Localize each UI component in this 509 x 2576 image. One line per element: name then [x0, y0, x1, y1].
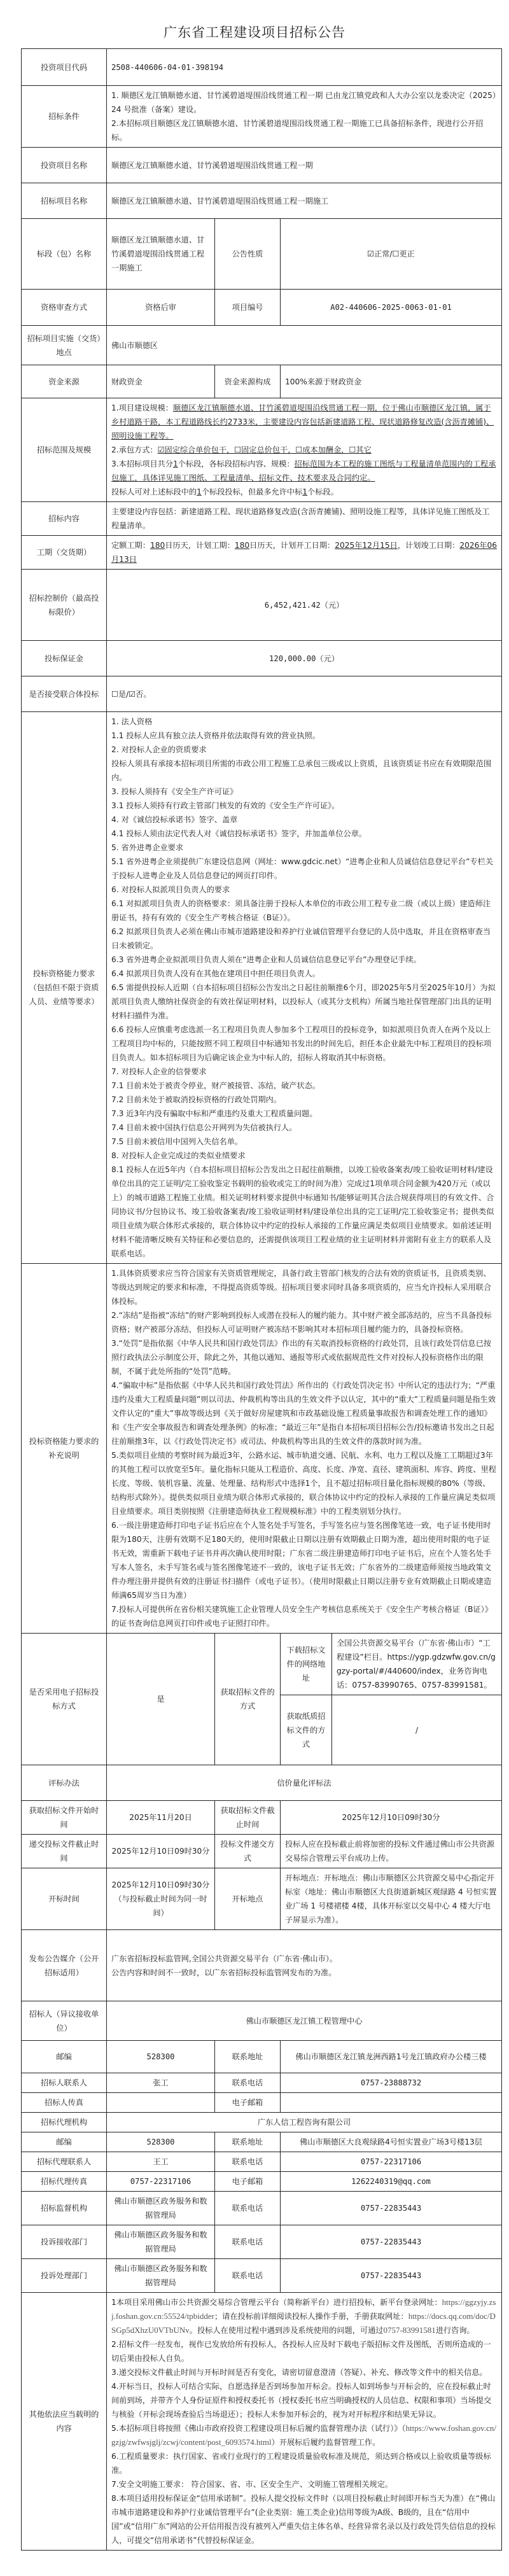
page-title: 广东省工程建设项目招标公告 [0, 24, 509, 41]
requirement-line: 3.1 投标人须持有行政主管部门核发的有效的《安全生产许可证》。 [111, 799, 497, 813]
label-submission-method: 投标文件递交方式 [215, 1835, 281, 1868]
scope-item-4: 投标人可对上述标段中的1个标段投标，但最多允许中标1个标段。 [111, 485, 497, 499]
value-project-code: 2508-440606-04-01-398194 [107, 49, 502, 86]
value-tenderer: 佛山市顺德区龙江镇工程管理中心 [107, 2001, 502, 2041]
row-evaluation: 评标办法 信价量化评标法 [22, 1765, 502, 1801]
label-funding-composition: 资金来源构成 [215, 365, 281, 398]
requirement-line: 5.1 省外进粤企业须提供广东建设信息网（网址：www.gdcic.net）“进… [111, 855, 497, 883]
value-tenderer-fax [107, 2093, 215, 2113]
row-funding: 资金来源 财政资金 资金来源构成 100%来源于财政资金 [22, 365, 502, 398]
value-funding: 财政资金 [107, 365, 215, 398]
value-tender-conditions: 1. 顺德区龙江镇顺德水道、甘竹溪碧道堤围沿线贯通工程一期 已由龙江镇党政和人大… [107, 86, 502, 148]
value-content: 主要建设内容包括：新建道路工程、现状道路修复改造(含沥青摊铺)、照明设施工程等，… [107, 502, 502, 536]
note-line: 7.投标人可提供所在省份相关建筑施工企业管理人员安全生产考核信息系统关于《安全生… [111, 1602, 497, 1630]
row-content: 招标内容 主要建设内容包括：新建道路工程、现状道路修复改造(含沥青摊铺)、照明设… [22, 502, 502, 536]
row-scope: 招标范围及规模 1.项目建设规模：顺德区龙江镇顺德水道、甘竹溪碧道堤围沿线贯通工… [22, 398, 502, 502]
value-project-number: A02-440606-2025-0063-01-01 [281, 290, 502, 326]
label-funding: 资金来源 [22, 365, 107, 398]
label-paper-docs: 获取纸质招标文件的方式 [281, 1695, 332, 1765]
value-evaluation: 信价量化评标法 [107, 1765, 502, 1801]
label-tender-project-name: 招标项目名称 [22, 183, 107, 219]
value-supervisor: 佛山市顺德区政务服务和数据管理局 [107, 2192, 215, 2225]
value-location: 佛山市顺德区 [107, 326, 502, 365]
label-supervisor-phone: 联系电话 [215, 2192, 281, 2225]
label-investment-project-name: 投资项目名称 [22, 148, 107, 183]
value-complaint-handle-phone: 0757-22835443 [281, 2259, 502, 2293]
value-joint-bid: ☐是/☑否。 [107, 676, 502, 712]
row-location: 招标项目实施（交货）地点 佛山市顺德区 [22, 326, 502, 365]
label-doc-end: 获取招标文件截止时间 [215, 1801, 281, 1835]
value-agency-email[interactable]: 1262240319@qq.com [281, 2172, 502, 2192]
label-download-address: 下载招标文件的网络地址 [281, 1634, 332, 1695]
requirement-line: 7.2 目前未处于被取消投标资格的行政处罚期内。 [111, 1093, 497, 1107]
row-tenderer-fax: 招标人传真 电子邮箱 [22, 2093, 502, 2113]
value-investment-project-name: 顺德区龙江镇顺德水道、甘竹溪碧道堤围沿线贯通工程一期 [107, 148, 502, 183]
row-agency: 招标代理机构 广东人信工程咨询有限公司 [22, 2113, 502, 2132]
label-supervisor: 招标监督机构 [22, 2192, 107, 2225]
value-tenderer-postcode: 528300 [107, 2041, 215, 2073]
row-tender-project-name: 招标项目名称 顺德区龙江镇顺德水道、甘竹溪碧道堤围沿线贯通工程一期施工 [22, 183, 502, 219]
row-opening: 开标时间 2025年12月10日09时30分（与投标截止时间为同一时间） 开标地… [22, 1868, 502, 1930]
value-submission-deadline: 2025年12月10日09时30分 [107, 1835, 215, 1868]
label-project-number: 项目编号 [215, 290, 281, 326]
row-tender-conditions: 招标条件 1. 顺德区龙江镇顺德水道、甘竹溪碧道堤围沿线贯通工程一期 已由龙江镇… [22, 86, 502, 148]
value-tenderer-address: 佛山市顺德区龙江镇龙洲西路1号龙江镇政府办公楼三楼 [281, 2041, 502, 2073]
row-qualification-requirements: 投标资格能力要求（包括但不限于资质人员、业绩等要求） 1. 法人资格 1.1 投… [22, 712, 502, 1264]
row-qualification-review: 资格审查方式 资格后审 项目编号 A02-440606-2025-0063-01… [22, 290, 502, 326]
value-qualification-review: 资格后审 [107, 290, 215, 326]
label-content: 招标内容 [22, 502, 107, 536]
label-qualification-review: 资格审查方式 [22, 290, 107, 326]
value-control-price: 6,452,421.42（元） [107, 570, 502, 641]
other-item-5: 5.本招标项目将按照《佛山市政府投资工程建设项目标后履约监督管理办法（试行）》（… [111, 2421, 497, 2449]
row-media: 发布公告媒介（公开招标适用） 广东省招标投标监管网,全国公共资源交易平台（广东省… [22, 1930, 502, 2001]
label-tenderer: 招标人（异议接收单位） [22, 2001, 107, 2041]
requirement-line: 7.1 目前未处于被责令停业，财产被接管、冻结，破产状态。 [111, 1079, 497, 1093]
requirement-line: 7.4 目前未被中国执行信息公开网列为失信被执行人。 [111, 1121, 497, 1135]
row-tenderer-postcode: 邮编 528300 联系地址 佛山市顺德区龙江镇龙洲西路1号龙江镇政府办公楼三楼 [22, 2041, 502, 2073]
value-tender-project-name: 顺德区龙江镇顺德水道、甘竹溪碧道堤围沿线贯通工程一期施工 [107, 183, 502, 219]
requirement-line: 7.3 近3年内没有骗取中标和严重违约及重大工程质量问题。 [111, 1107, 497, 1121]
requirement-line: 4. 对《诚信投标承诺书》签字、盖章 [111, 813, 497, 827]
scope-item-1: 1.项目建设规模：顺德区龙江镇顺德水道、甘竹溪碧道堤围沿线贯通工程一期，位于佛山… [111, 401, 497, 443]
value-other: 1本项目采用佛山市公共资源交易综合管理云平台（简称新平台）进行招投标，新平台登录… [107, 2293, 502, 2551]
row-other: 其他依法应当载明的内容 1本项目采用佛山市公共资源交易综合管理云平台（简称新平台… [22, 2293, 502, 2551]
other-item-6: 6.工程质量要求：执行国家、省或行业现行的工程建设质量验收标准及规范，须达到合格… [111, 2449, 497, 2477]
requirement-line: 投标人须具有承接本招标项目所需的市政公用工程施工总承包三级或以上资质，且该资质证… [111, 757, 497, 785]
requirement-line: 6.4 拟派项目负责人没有在其他在建项目中担任项目负责人。 [111, 967, 497, 981]
contract-type-options: ☑固定综合单价包干，☐固定总价包干，☐成本加酬金，☐其它 [158, 445, 372, 454]
row-duration: 工期（交货期） 定额工期：180日历天，计划工期：180日历天，计划开工日期：2… [22, 536, 502, 570]
label-complaint-handle-phone: 联系电话 [215, 2259, 281, 2293]
label-location: 招标项目实施（交货）地点 [22, 326, 107, 365]
value-complaint-receive: 佛山市顺德区政务服务和数据管理局 [107, 2225, 215, 2259]
plan-days: 180 [235, 541, 249, 550]
value-qualification-requirements: 1. 法人资格 1.1 投标人应具有独立法人资格并依法取得有效的营业执照。 2.… [107, 712, 502, 1264]
label-agency-contact: 招标代理联系人 [22, 2152, 107, 2172]
label-tenderer-postcode: 邮编 [22, 2041, 107, 2073]
label-tenderer-contact: 招标人联系人 [22, 2073, 107, 2093]
quota-days: 180 [150, 541, 165, 550]
row-bid-bond: 投标保证金 120,000.00（元） [22, 641, 502, 676]
label-joint-bid: 是否接受联合体投标 [22, 676, 107, 712]
row-tenderer-contact: 招标人联系人 张工 联系电话 0757-23888732 [22, 2073, 502, 2093]
row-complaint-handle: 投诉处理部门 佛山市顺德区政务服务和数据管理局 联系电话 0757-228354… [22, 2259, 502, 2293]
requirement-line: 2. 对投标人企业的资质要求 [111, 743, 497, 757]
row-project-code: 投资项目代码 2508-440606-04-01-398194 [22, 49, 502, 86]
requirement-line: 6. 对投标人拟派项目负责人的要求 [111, 883, 497, 897]
value-tenderer-contact: 张工 [107, 2073, 215, 2093]
requirement-line: 6.2 拟派项目负责人必须在佛山市城市道路建设和养护行业诚信管理平台登记的人员中… [111, 925, 497, 953]
start-date: 2025年12月15日 [335, 541, 398, 550]
value-agency-phone: 0757-22317106 [281, 2152, 502, 2172]
label-electronic-bidding: 是否采用电子招标投标方式 [22, 1634, 107, 1765]
label-section-name: 标段（包）名称 [22, 219, 107, 290]
row-agency-fax: 招标代理传真 0757-22317106 电子邮箱 1262240319@qq.… [22, 2172, 502, 2192]
requirement-line: 4.1 投标人须由法定代表人对《诚信投标承诺书》签字，并加盖单位公章。 [111, 827, 497, 841]
requirement-line: 6.1 对拟派项目负责人的资格要求：须具备注册于投标人本单位的市政公用工程专业二… [111, 897, 497, 925]
value-scope: 1.项目建设规模：顺德区龙江镇顺德水道、甘竹溪碧道堤围沿线贯通工程一期，位于佛山… [107, 398, 502, 502]
media-line-1: 广东省招标投标监管网,全国公共资源交易平台（广东省·佛山市）。 [111, 1952, 497, 1966]
value-supervisor-phone: 0757-22835443 [281, 2192, 502, 2225]
value-complaint-handle: 佛山市顺德区政务服务和数据管理局 [107, 2259, 215, 2293]
label-control-price: 招标控制价（最高投标限价） [22, 570, 107, 641]
label-bid-bond: 投标保证金 [22, 641, 107, 676]
value-opening-place: 开标地点：开标地点：佛山市顺德区公共资源交易中心指定开标室（地址：佛山市顺德区大… [281, 1868, 502, 1930]
value-tenderer-phone: 0757-23888732 [281, 2073, 502, 2093]
value-agency-postcode: 528300 [107, 2132, 215, 2152]
value-funding-composition: 100%来源于财政资金 [281, 365, 502, 398]
label-complaint-receive-phone: 联系电话 [215, 2225, 281, 2259]
other-item-4: 4.开标当日，投标人可结合实际，自愿选择是否到场参加开标会。投标人如到场参与开标… [111, 2379, 497, 2421]
requirement-line: 6.6 投标人应慎重考虑选派一名工程项目负责人参加多个工程项目的投标竞争，如拟派… [111, 1023, 497, 1065]
row-control-price: 招标控制价（最高投标限价） 6,452,421.42（元） [22, 570, 502, 641]
value-submission-method: 投标人应在投标截止前将加密的投标文件通过佛山市公共资源交易综合管理云平台成功上传… [281, 1835, 502, 1868]
label-doc-start: 获取招标文件开始时间 [22, 1801, 107, 1835]
value-supplementary-notes: 1.具体资质要求应当符合国家有关资质管理规定，具备行政主管部门核发的合法有效的资… [107, 1264, 502, 1634]
value-electronic-bidding: 是 [107, 1634, 215, 1765]
value-complaint-receive-phone: 0757-22835443 [281, 2225, 502, 2259]
requirement-line: 5. 省外进粤企业要求 [111, 841, 497, 855]
note-line: 1.具体资质要求应当符合国家有关资质管理规定，具备行政主管部门核发的合法有效的资… [111, 1266, 497, 1308]
label-submission-deadline: 递交投标文件截止时间 [22, 1835, 107, 1868]
row-investment-project-name: 投资项目名称 顺德区龙江镇顺德水道、甘竹溪碧道堤围沿线贯通工程一期 [22, 148, 502, 183]
requirement-line: 1. 法人资格 [111, 715, 497, 729]
note-line: 5.类似项目业绩的考察时间为最近3年，公路水运、城市轨道交通、民航、水利、电力工… [111, 1448, 497, 1518]
other-item-8: 8.本项目适用投标保证金“信用承诺制”。投标人提交投标文件时（以项目投标截止时间… [111, 2491, 497, 2547]
notice-page: 广东省工程建设项目招标公告 投资项目代码 2508-440606-04-01-3… [0, 0, 509, 2576]
label-obtain-method: 获取招标文件的方式 [215, 1634, 281, 1765]
value-agency-fax: 0757-22317106 [107, 2172, 215, 2192]
tender-condition-1: 1. 顺德区龙江镇顺德水道、甘竹溪碧道堤围沿线贯通工程一期 已由龙江镇党政和人大… [111, 88, 497, 116]
value-download-address[interactable]: 全国公共资源交易平台（广东省·佛山市）“工程建设”栏目。https://ygp.… [332, 1634, 502, 1695]
row-section-name: 标段（包）名称 顺德区龙江镇顺德水道、甘竹溪碧道堤围沿线贯通工程一期施工 公告性… [22, 219, 502, 290]
label-agency-postcode: 邮编 [22, 2132, 107, 2152]
requirement-line: 8.1 投标人在近5年内（自本招标项目招标公告发出之日起往前顺推，以竣工验收备案… [111, 1163, 497, 1261]
note-line: 3.“处罚”是指依据《中华人民共和国行政处罚法》作出的有关取消投标资格的行政处罚… [111, 1336, 497, 1378]
label-media: 发布公告媒介（公开招标适用） [22, 1930, 107, 2001]
scope-item-3: 3.本招标项目共分1个标段，各标段招标内容、规模：招标范围为本工程的施工图纸与工… [111, 457, 497, 485]
label-supplementary-notes: 投标资格能力要求的补充说明 [22, 1264, 107, 1634]
label-tenderer-fax: 招标人传真 [22, 2093, 107, 2113]
other-item-3: 3.递交投标文件截止时间与开标时间是否有变化，请密切留意澄清（答疑）、补充、修改… [111, 2365, 497, 2379]
row-supervisor: 招标监督机构 佛山市顺德区政务服务和数据管理局 联系电话 0757-228354… [22, 2192, 502, 2225]
label-agency-email: 电子邮箱 [215, 2172, 281, 2192]
requirement-line: 1.1 投标人应具有独立法人资格并依法取得有效的营业执照。 [111, 729, 497, 743]
requirement-line: 7.5 目前未被信用中国列入失信名单。 [111, 1135, 497, 1149]
support-phone: 0757-83991581 [383, 2325, 435, 2335]
row-agency-contact: 招标代理联系人 王工 联系电话 0757-22317106 [22, 2152, 502, 2172]
requirement-line: 6.3 省外进粤企业拟派项目负责人须在“进粤企业和人员诚信信息登记平台”办理登记… [111, 953, 497, 967]
label-agency-fax: 招标代理传真 [22, 2172, 107, 2192]
value-media: 广东省招标投标监管网,全国公共资源交易平台（广东省·佛山市）。 公告内容和时间不… [107, 1930, 502, 2001]
value-agency-contact: 王工 [107, 2152, 215, 2172]
label-duration: 工期（交货期） [22, 536, 107, 570]
row-agency-postcode: 邮编 528300 联系地址 佛山市顺德区大良观绿路4号恒实置业广场3号楼13层 [22, 2132, 502, 2152]
label-qualification-requirements: 投标资格能力要求（包括但不限于资质人员、业绩等要求） [22, 712, 107, 1264]
row-submission: 递交投标文件截止时间 2025年12月10日09时30分 投标文件递交方式 投标… [22, 1835, 502, 1868]
other-item-2: 2.招标文件一经发布，视作已发放给所有投标人，各投标人应及时下载电子版招标文件及… [111, 2337, 497, 2365]
label-tenderer-email: 电子邮箱 [215, 2093, 281, 2113]
note-line: 2.“冻结”是指被“冻结”的财产影响到投标人或潜在投标人的履约能力。其中财产被全… [111, 1308, 497, 1336]
other-item-1: 1本项目采用佛山市公共资源交易综合管理云平台（简称新平台）进行招投标，新平台登录… [111, 2295, 497, 2337]
label-agency: 招标代理机构 [22, 2113, 107, 2132]
label-notice-nature: 公告性质 [215, 219, 281, 290]
value-agency-address: 佛山市顺德区大良观绿路4号恒实置业广场3号楼13层 [281, 2132, 502, 2152]
value-doc-start: 2025年11月20日 [107, 1801, 215, 1835]
label-evaluation: 评标办法 [22, 1765, 107, 1801]
label-project-code: 投资项目代码 [22, 49, 107, 86]
label-agency-address: 联系地址 [215, 2132, 281, 2152]
label-scope: 招标范围及规模 [22, 398, 107, 502]
tender-notice-table: 投资项目代码 2508-440606-04-01-398194 招标条件 1. … [21, 48, 502, 2551]
label-opening-place: 开标地点 [215, 1868, 281, 1930]
scope-item-2: 2.承包方式：☑固定综合单价包干，☐固定总价包干，☐成本加酬金，☐其它 [111, 443, 497, 457]
row-supplementary-notes: 投标资格能力要求的补充说明 1.具体资质要求应当符合国家有关资质管理规定，具备行… [22, 1264, 502, 1634]
value-opening-time: 2025年12月10日09时30分（与投标截止时间为同一时间） [107, 1868, 215, 1930]
label-agency-phone: 联系电话 [215, 2152, 281, 2172]
value-notice-nature: ☑正常/☐更正 [281, 219, 502, 290]
row-complaint-receive: 投诉接收部门 佛山市顺德区政务服务和数据管理局 联系电话 0757-228354… [22, 2225, 502, 2259]
note-line: 6.一级注册建造师打印电子证书后应在个人签名处手写签名，手写签名应与签名图像笔迹… [111, 1518, 497, 1602]
label-complaint-receive: 投诉接收部门 [22, 2225, 107, 2259]
requirement-line: 3. 投标人须持有《安全生产许可证》 [111, 785, 497, 799]
media-line-2: 公告内容和时间不一致时，以广东省招标投标监管网发布的为准。 [111, 1966, 497, 1980]
label-tenderer-phone: 联系电话 [215, 2073, 281, 2093]
requirement-line: 7. 对投标人企业的信誉要求 [111, 1065, 497, 1079]
value-agency: 广东人信工程咨询有限公司 [107, 2113, 502, 2132]
note-line: 4.“骗取中标”是指依据《中华人民共和国行政处罚法》所作出的《行政处罚决定书》中… [111, 1378, 497, 1448]
row-tenderer: 招标人（异议接收单位） 佛山市顺德区龙江镇工程管理中心 [22, 2001, 502, 2041]
other-item-7: 7.安全文明施工要求： 符合国家、省、市、区安全生产、文明施工管理相关规定。 [111, 2477, 497, 2491]
label-tenderer-address: 联系地址 [215, 2041, 281, 2073]
tender-condition-2: 2.本招标项目顺德区龙江镇顺德水道、甘竹溪碧道堤围沿线贯通工程一期施工已具备招标… [111, 116, 497, 144]
requirement-line: 8. 对投标人企业完成过的类似业绩要求 [111, 1149, 497, 1163]
label-complaint-handle: 投诉处理部门 [22, 2259, 107, 2293]
value-doc-end: 2025年12月10日09时30分 [281, 1801, 502, 1835]
value-bid-bond: 120,000.00（元） [107, 641, 502, 676]
label-opening-time: 开标时间 [22, 1868, 107, 1930]
row-doc-times: 获取招标文件开始时间 2025年11月20日 获取招标文件截止时间 2025年1… [22, 1801, 502, 1835]
label-tender-conditions: 招标条件 [22, 86, 107, 148]
value-tenderer-email [281, 2093, 502, 2113]
requirement-line: 6.5 需提供投标人近期（自本招标项目招标公告发出之日起往前顺推6个月，即202… [111, 981, 497, 1023]
row-electronic-bidding: 是否采用电子招标投标方式 是 获取招标文件的方式 下载招标文件的网络地址 全国公… [22, 1634, 502, 1695]
label-other: 其他依法应当载明的内容 [22, 2293, 107, 2551]
value-duration: 定额工期：180日历天，计划工期：180日历天，计划开工日期：2025年12月1… [107, 536, 502, 570]
value-section-name: 顺德区龙江镇顺德水道、甘竹溪碧道堤围沿线贯通工程一期施工 [107, 219, 215, 290]
value-paper-docs: / [332, 1695, 502, 1765]
row-joint-bid: 是否接受联合体投标 ☐是/☑否。 [22, 676, 502, 712]
